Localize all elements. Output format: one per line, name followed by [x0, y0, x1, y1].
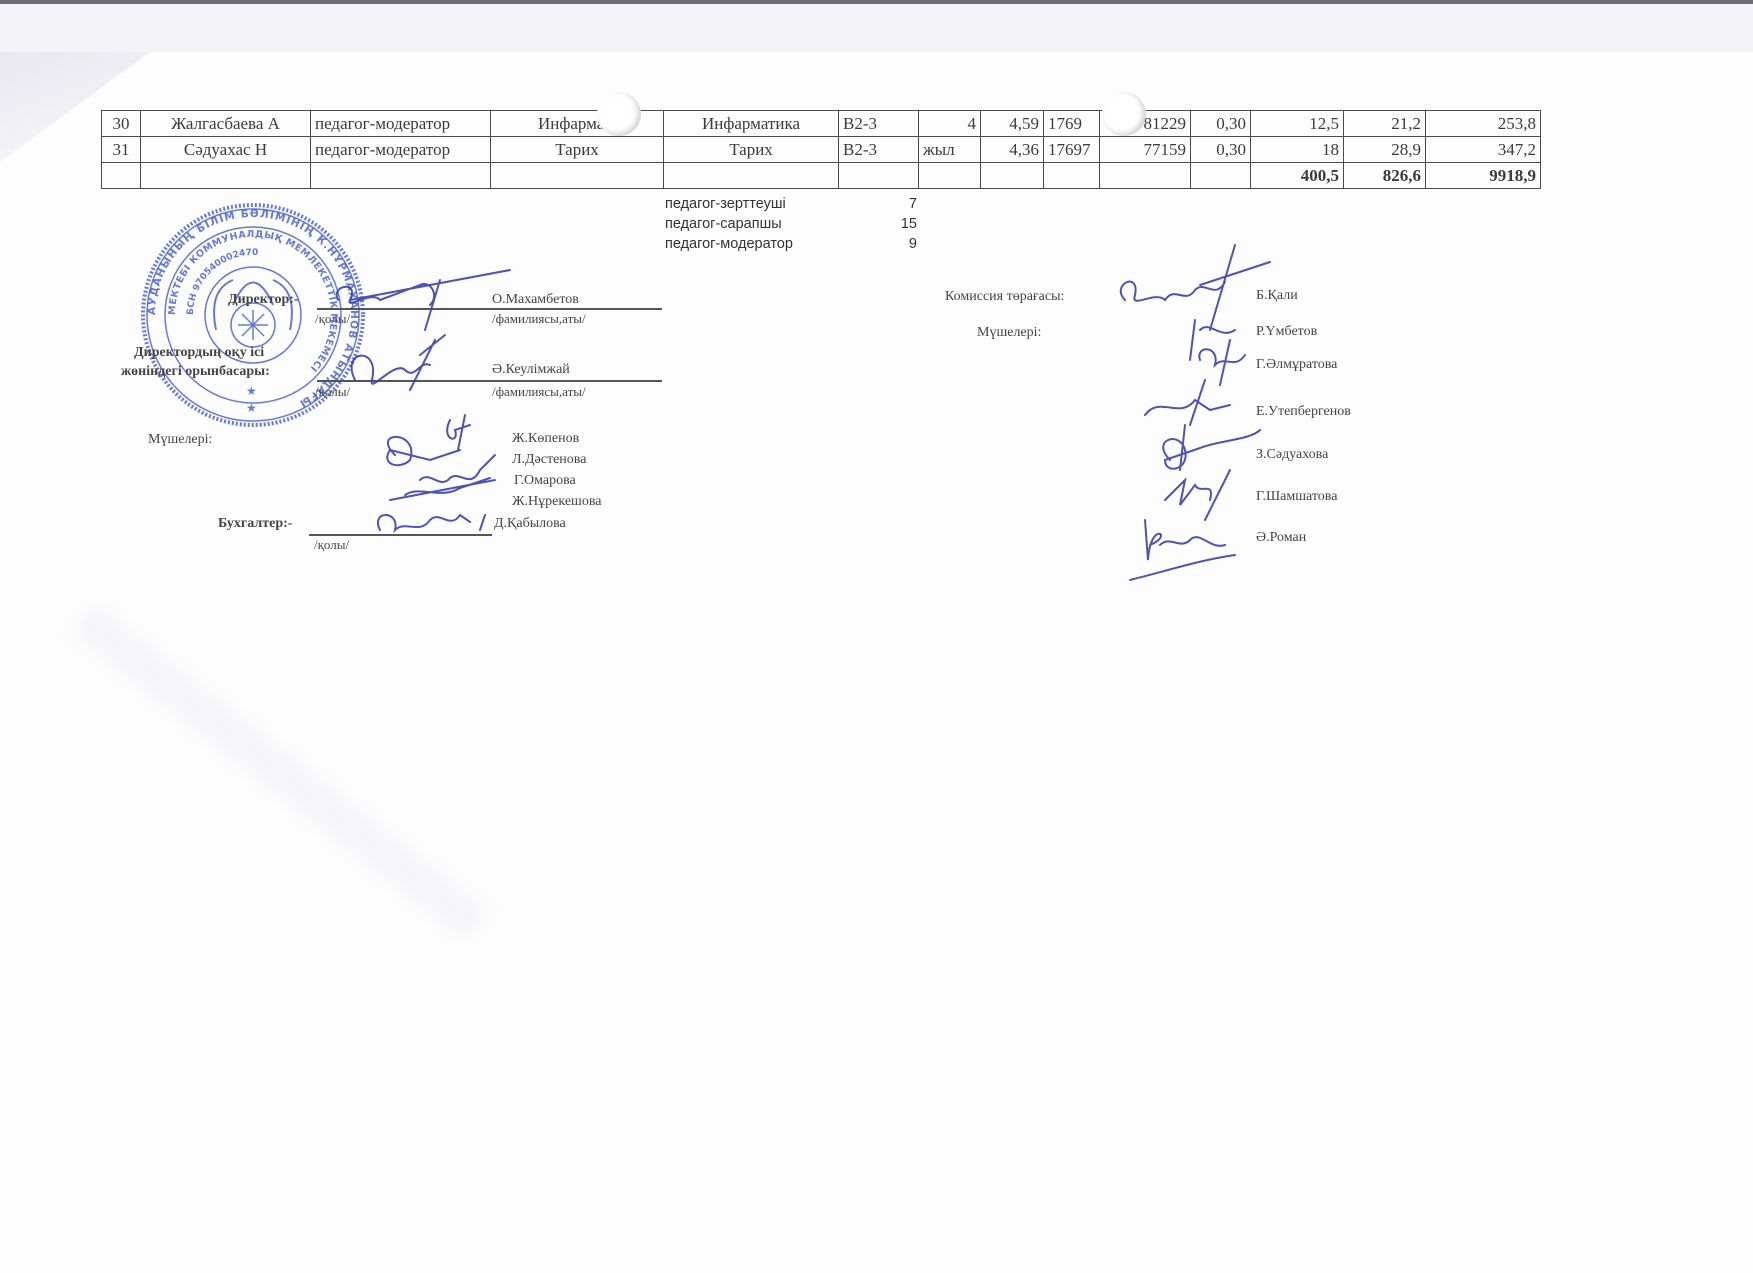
handwritten-signatures-icon — [0, 0, 1753, 1273]
